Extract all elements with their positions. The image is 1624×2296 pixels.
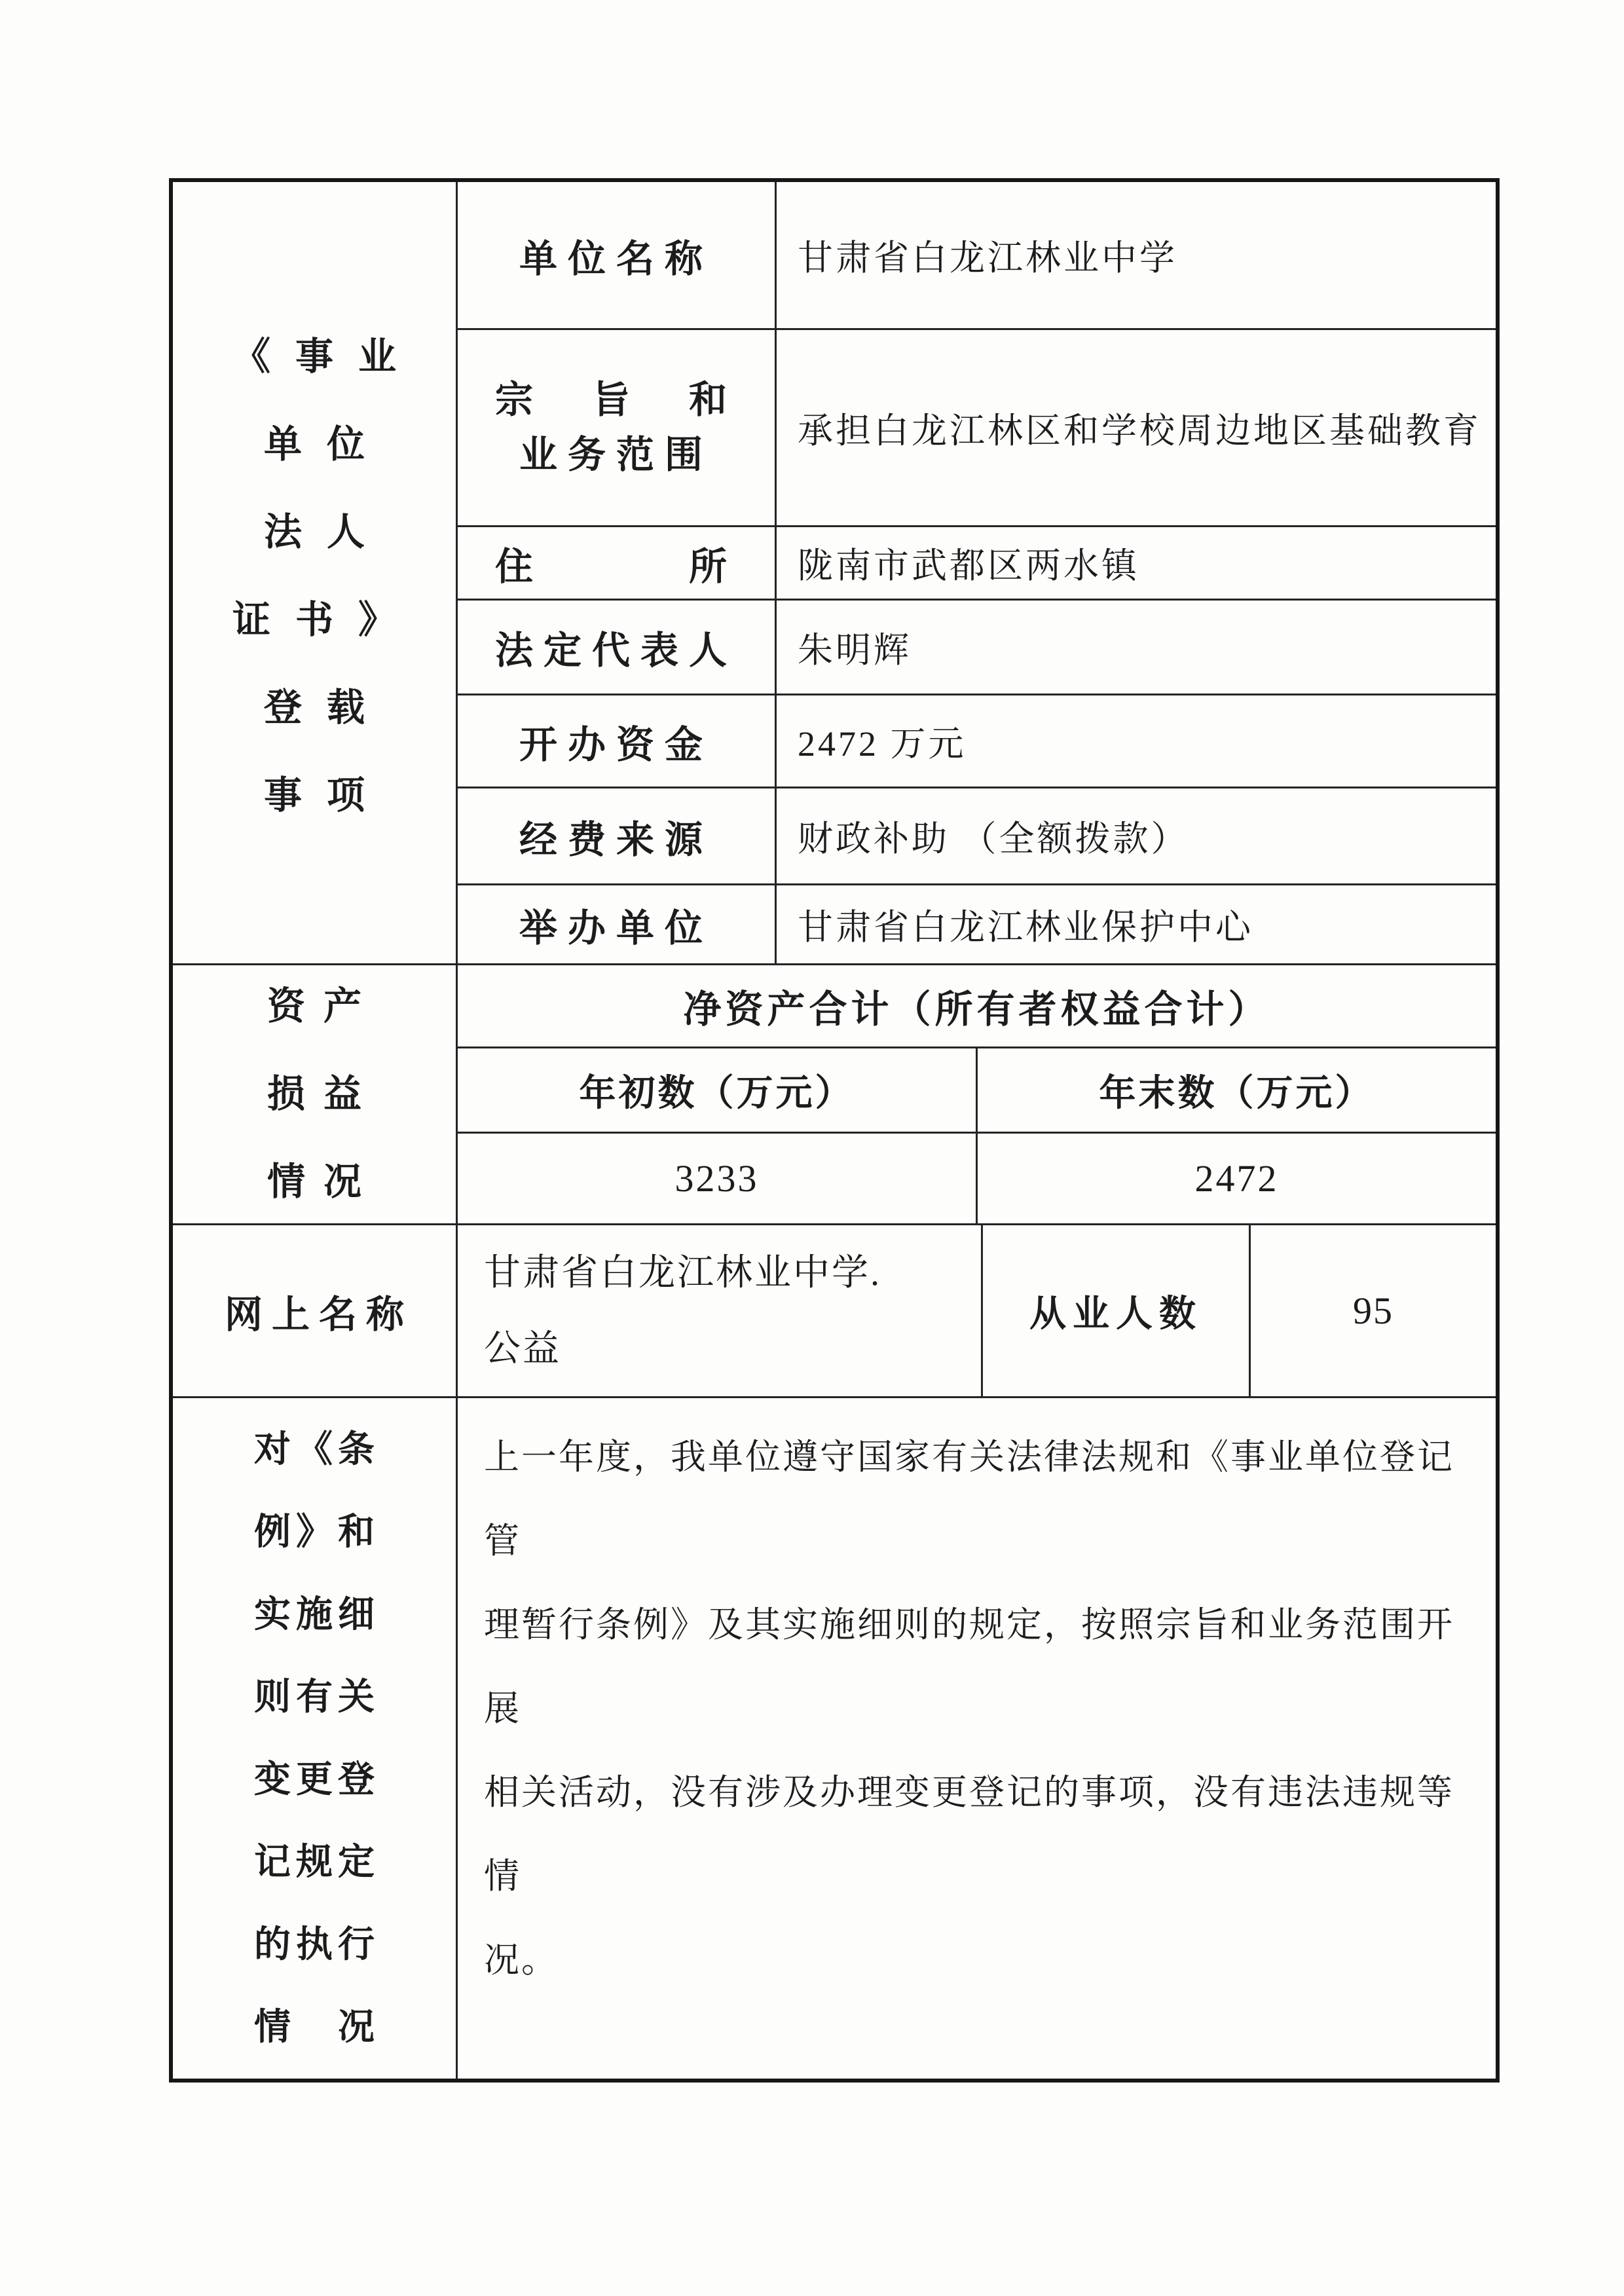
header-line: 登载 — [264, 664, 390, 752]
value-line: 公益 — [484, 1311, 981, 1387]
unit-name-value: 甘肃省白龙江林业中学 — [777, 182, 1496, 328]
statement-line: 理暂行条例》及其实施细则的规定，按照宗旨和业务范围开展 — [484, 1583, 1467, 1750]
header-line: 实施细 — [254, 1574, 380, 1656]
compliance-statement: 上一年度，我单位遵守国家有关法律法规和《事业单位登记管 理暂行条例》及其实施细则… — [458, 1398, 1496, 2079]
header-line: 则有关 — [254, 1656, 380, 1739]
legal-representative-value: 朱明辉 — [777, 601, 1496, 694]
staff-count-value: 95 — [1251, 1225, 1496, 1396]
asset-value-row: 3233 2472 — [458, 1134, 1496, 1223]
table-row-purpose-scope: 宗 旨 和 业务范围 承担白龙江林区和学校周边地区基础教育 — [458, 330, 1496, 527]
header-line: 的执行 — [254, 1904, 380, 1986]
year-begin-value: 3233 — [458, 1134, 978, 1223]
table-row-opening-capital: 开办资金 2472 万元 — [458, 695, 1496, 788]
legal-representative-label: 法定代表人 — [458, 601, 777, 694]
address-value: 陇南市武都区两水镇 — [777, 527, 1496, 599]
certificate-items-header: 《事业 单位 法人 证书》 登载 事项 — [173, 182, 458, 963]
header-line: 例》和 — [254, 1491, 380, 1574]
header-line: 损益 — [267, 1050, 380, 1138]
scanned-annual-report-page: 《事业 单位 法人 证书》 登载 事项 单位名称 甘肃省白龙江林业中学 宗 旨 … — [0, 0, 1624, 2296]
address-label: 住 所 — [458, 527, 777, 599]
header-line: 《事业 — [232, 313, 421, 401]
asset-period-header-row: 年初数（万元） 年末数（万元） — [458, 1048, 1496, 1134]
sponsor-unit-value: 甘肃省白龙江林业保护中心 — [777, 885, 1496, 963]
funding-source-value: 财政补助 （全额拨款） — [777, 788, 1496, 883]
table-row-legal-representative: 法定代表人 朱明辉 — [458, 601, 1496, 695]
value-line: 甘肃省白龙江林业中学. — [484, 1235, 981, 1311]
statement-line: 上一年度，我单位遵守国家有关法律法规和《事业单位登记管 — [484, 1415, 1467, 1583]
annual-report-table: 《事业 单位 法人 证书》 登载 事项 单位名称 甘肃省白龙江林业中学 宗 旨 … — [169, 178, 1500, 2083]
statement-line: 况。 — [484, 1918, 1467, 2002]
header-line: 情 况 — [254, 1986, 380, 2069]
header-line: 情况 — [267, 1138, 380, 1226]
year-end-label: 年末数（万元） — [978, 1048, 1496, 1132]
opening-capital-value: 2472 万元 — [777, 695, 1496, 787]
staff-count-label: 从业人数 — [983, 1225, 1251, 1396]
asset-profit-loss-header: 资产 损益 情况 — [173, 965, 458, 1223]
label-line: 业务范围 — [519, 428, 713, 483]
label-line: 宗 旨 和 — [495, 373, 737, 428]
table-row-sponsor-unit: 举办单位 甘肃省白龙江林业保护中心 — [458, 885, 1496, 963]
funding-source-label: 经费来源 — [458, 788, 777, 883]
unit-name-label: 单位名称 — [458, 182, 777, 328]
table-row-address: 住 所 陇南市武都区两水镇 — [458, 527, 1496, 601]
asset-grid: 净资产合计（所有者权益合计） 年初数（万元） 年末数（万元） 3233 2472 — [458, 965, 1496, 1223]
opening-capital-label: 开办资金 — [458, 695, 777, 787]
header-line: 记规定 — [254, 1821, 380, 1904]
header-line: 变更登 — [254, 1739, 380, 1821]
compliance-section: 对《条 例》和 实施细 则有关 变更登 记规定 的执行 情 况 上一年度，我单位… — [173, 1398, 1496, 2079]
table-row-unit-name: 单位名称 甘肃省白龙江林业中学 — [458, 182, 1496, 330]
header-line: 网上名称 — [225, 1284, 413, 1339]
header-line: 法人 — [264, 489, 390, 576]
compliance-header: 对《条 例》和 实施细 则有关 变更登 记规定 的执行 情 况 — [173, 1398, 458, 2079]
certificate-items-section: 《事业 单位 法人 证书》 登载 事项 单位名称 甘肃省白龙江林业中学 宗 旨 … — [173, 182, 1496, 965]
purpose-scope-label: 宗 旨 和 业务范围 — [458, 330, 777, 525]
online-name-section: 网上名称 甘肃省白龙江林业中学. 公益 从业人数 95 — [173, 1225, 1496, 1398]
purpose-scope-value: 承担白龙江林区和学校周边地区基础教育 — [777, 330, 1496, 525]
header-line: 单位 — [264, 401, 390, 489]
net-assets-total-label: 净资产合计（所有者权益合计） — [458, 965, 1496, 1048]
year-begin-label: 年初数（万元） — [458, 1048, 978, 1132]
header-line: 资产 — [267, 963, 380, 1050]
asset-profit-loss-section: 资产 损益 情况 净资产合计（所有者权益合计） 年初数（万元） 年末数（万元） … — [173, 965, 1496, 1225]
header-line: 事项 — [264, 752, 390, 840]
statement-line: 相关活动，没有涉及办理变更登记的事项，没有违法违规等情 — [484, 1750, 1467, 1918]
year-end-value: 2472 — [978, 1134, 1496, 1223]
header-line: 证书》 — [232, 576, 421, 664]
header-line: 对《条 — [254, 1409, 380, 1491]
table-row-funding-source: 经费来源 财政补助 （全额拨款） — [458, 788, 1496, 885]
online-name-label: 网上名称 — [173, 1225, 458, 1396]
sponsor-unit-label: 举办单位 — [458, 885, 777, 963]
certificate-rows: 单位名称 甘肃省白龙江林业中学 宗 旨 和 业务范围 承担白龙江林区和学校周边地… — [458, 182, 1496, 963]
online-name-value: 甘肃省白龙江林业中学. 公益 — [458, 1225, 983, 1396]
